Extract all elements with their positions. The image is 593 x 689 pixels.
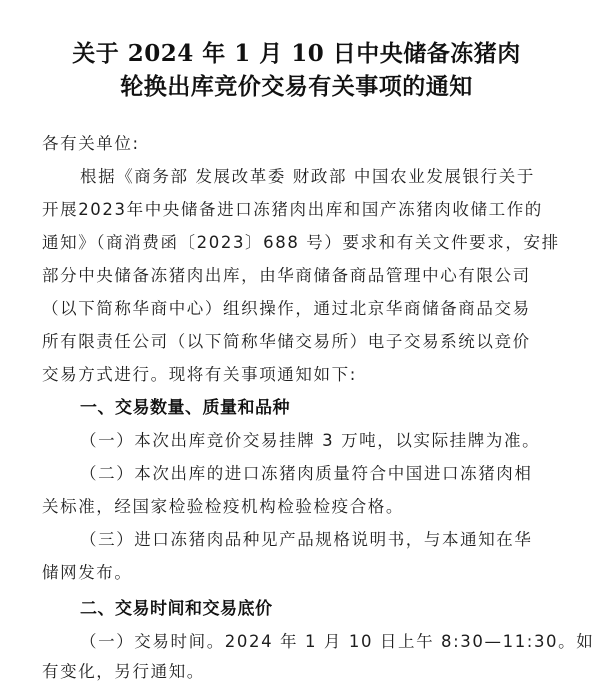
intro-paragraph-line: 交易方式进行。现将有关事项通知如下: bbox=[42, 365, 562, 385]
intro-paragraph-line: 开展2023年中央储备进口冻猪肉出库和国产冻猪肉收储工作的 bbox=[42, 200, 562, 220]
section-item-line: （三）进口冻猪肉品种见产品规格说明书，与本通知在华 bbox=[80, 530, 593, 550]
intro-paragraph-line: 通知》（商消费函〔2023〕688 号）要求和有关文件要求，安排 bbox=[42, 233, 562, 253]
salutation: 各有关单位: bbox=[42, 134, 562, 154]
document-title-line-1: 关于 2024 年 1 月 10 日中央储备冻猪肉 bbox=[0, 35, 593, 68]
section-heading-1: 一、交易数量、质量和品种 bbox=[80, 398, 593, 418]
section-item-line: 关标准，经国家检验检疫机构检验检疫合格。 bbox=[42, 497, 562, 517]
section-item-line: （二）本次出库的进口冻猪肉质量符合中国进口冻猪肉相 bbox=[80, 464, 593, 484]
notice-document: 关于 2024 年 1 月 10 日中央储备冻猪肉 轮换出库竞价交易有关事项的通… bbox=[0, 0, 593, 689]
intro-paragraph-line: 根据《商务部 发展改革委 财政部 中国农业发展银行关于 bbox=[80, 167, 593, 187]
intro-paragraph-line: 所有限责任公司（以下简称华储交易所）电子交易系统以竞价 bbox=[42, 332, 562, 352]
intro-paragraph-line: （以下简称华商中心）组织操作，通过北京华商储备商品交易 bbox=[42, 299, 562, 319]
document-title-line-2: 轮换出库竞价交易有关事项的通知 bbox=[0, 68, 593, 101]
section-item-line: 储网发布。 bbox=[42, 563, 562, 583]
section-item-line: 有变化，另行通知。 bbox=[42, 662, 562, 682]
section-item-line: （一）本次出库竞价交易挂牌 3 万吨，以实际挂牌为准。 bbox=[80, 431, 593, 451]
intro-paragraph-line: 部分中央储备冻猪肉出库，由华商储备商品管理中心有限公司 bbox=[42, 266, 562, 286]
section-heading-2: 二、交易时间和交易底价 bbox=[80, 599, 593, 619]
section-item-line: （一）交易时间。2024 年 1 月 10 日上午 8:30—11:30。如 bbox=[80, 632, 593, 652]
